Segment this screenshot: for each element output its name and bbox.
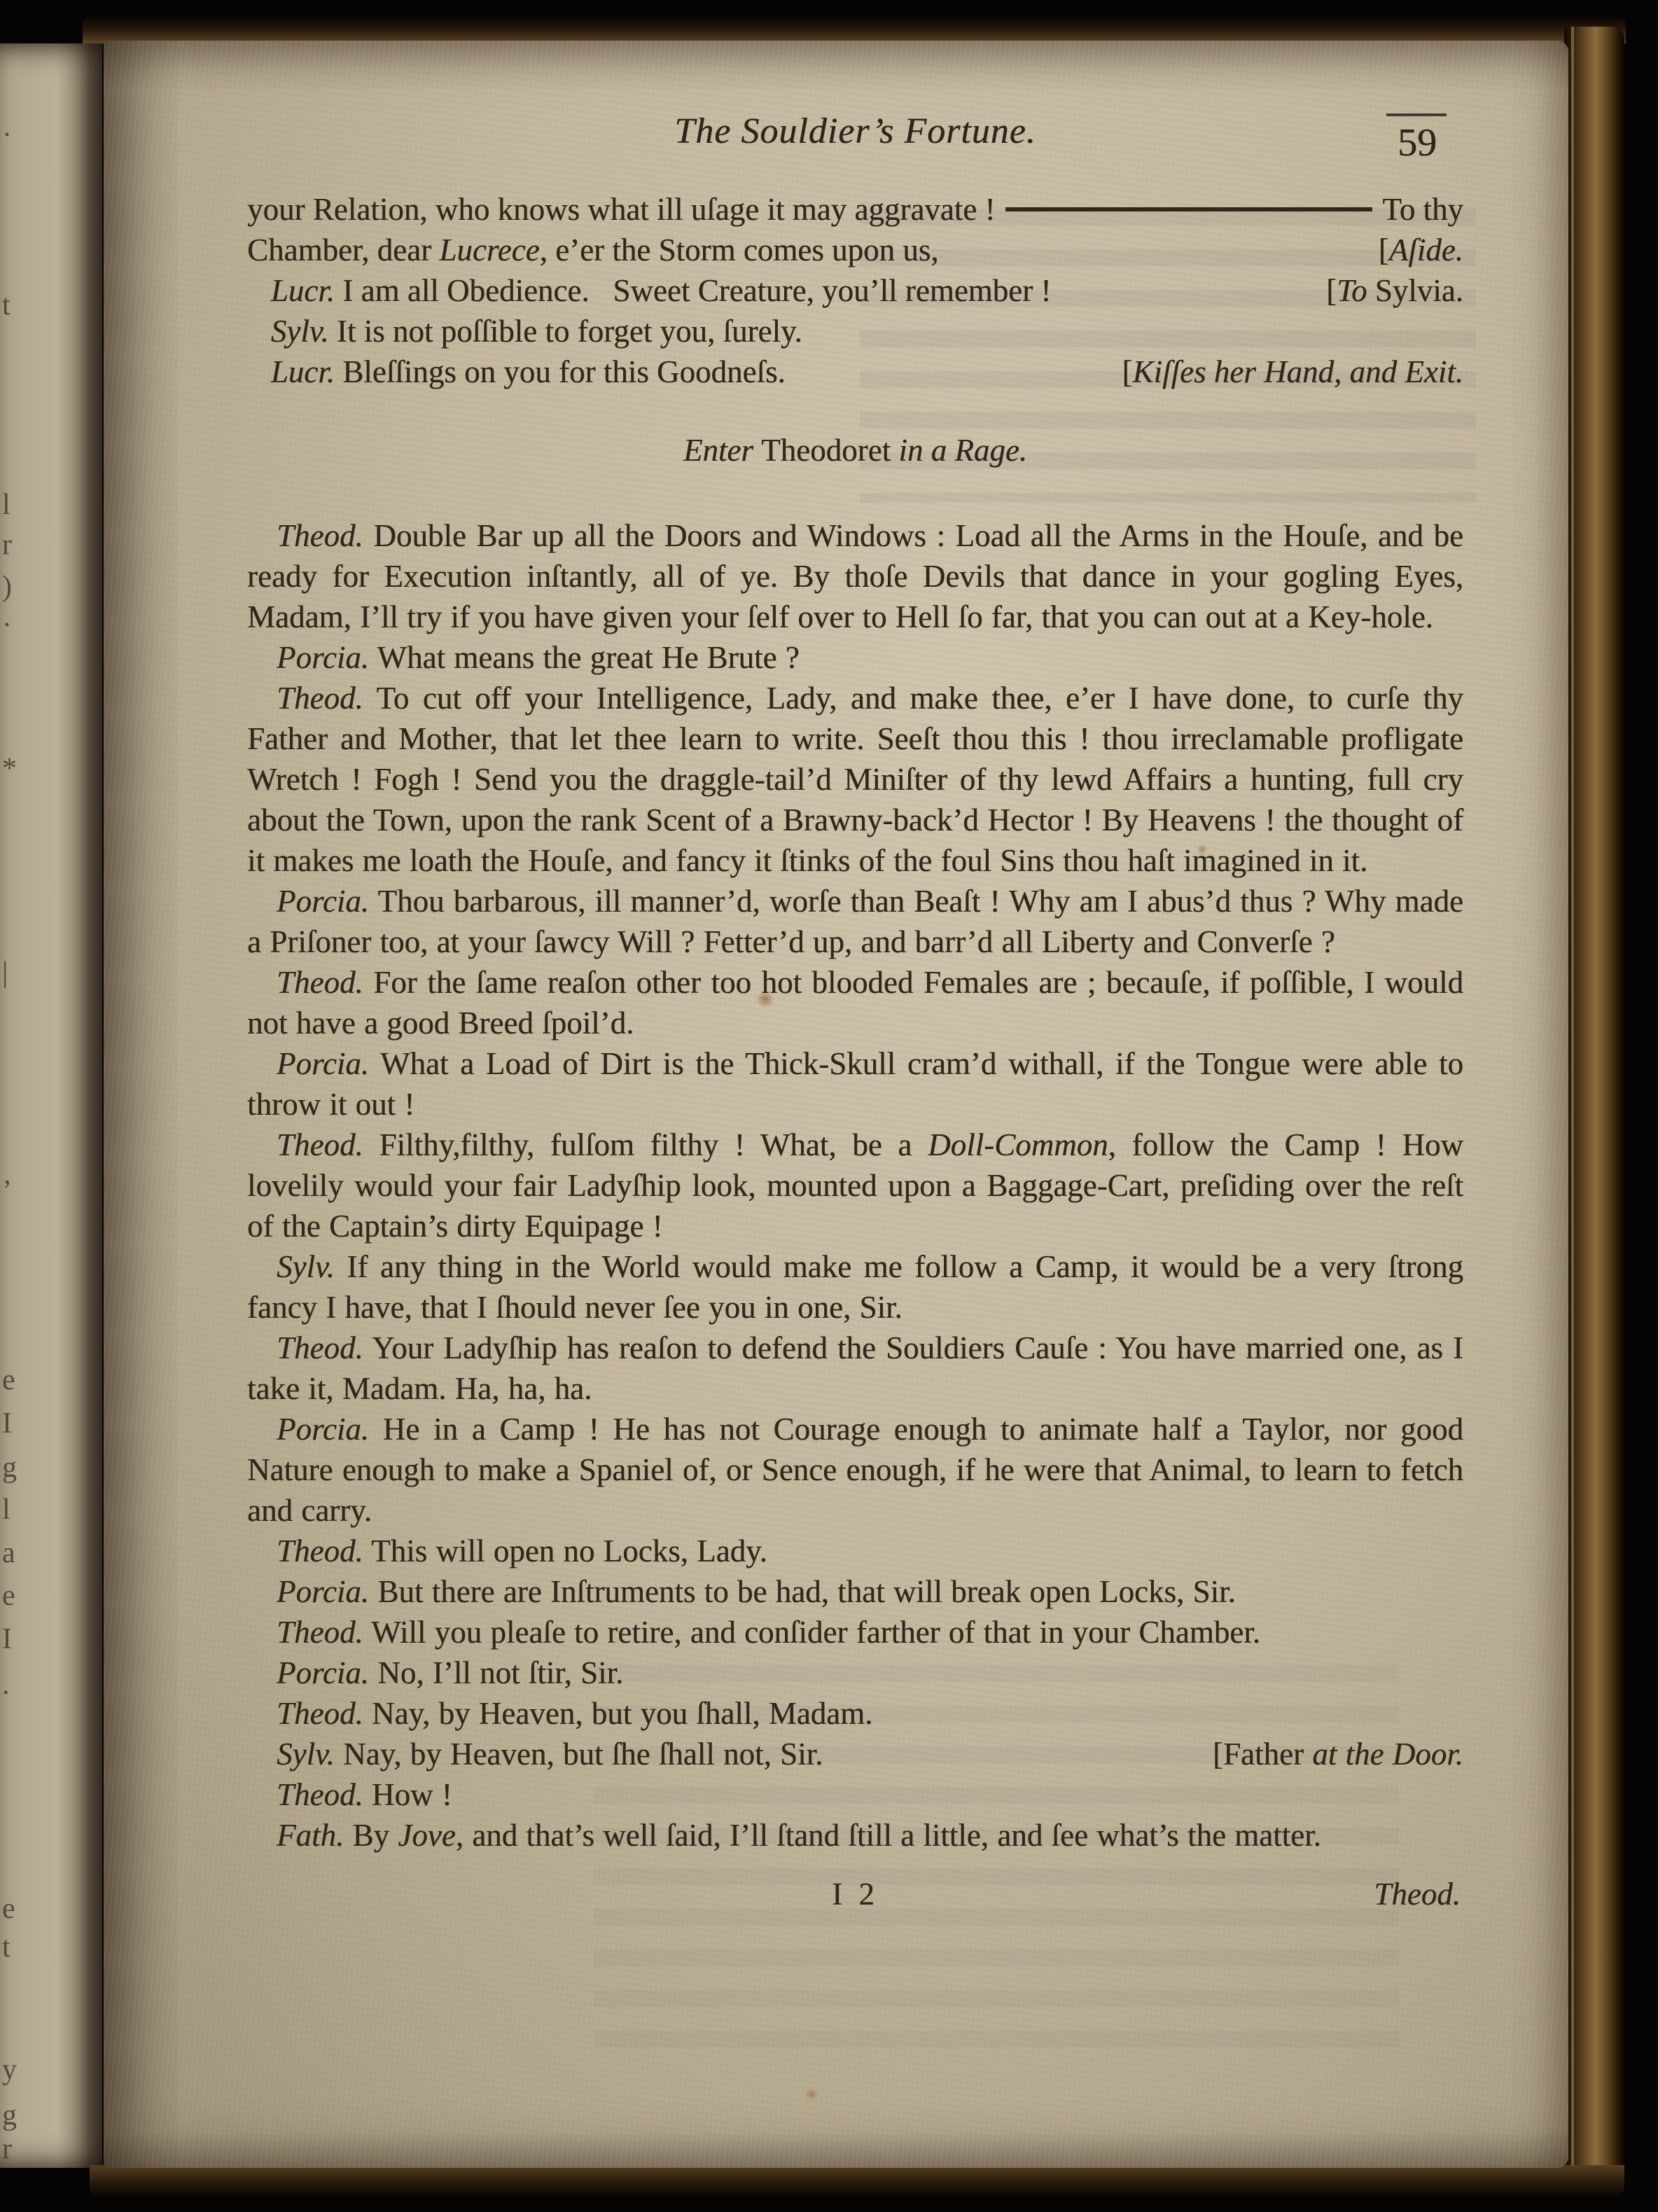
text-line: Chamber, dear Lucrece, e’er the Storm co… <box>247 230 1463 270</box>
paper-stain <box>804 2089 819 2100</box>
dialogue-paragraph: Sylv. Nay, by Heaven, but ſhe ſhall not,… <box>247 1734 1463 1774</box>
facing-page-text-fragment: r <box>2 530 12 559</box>
dialogue-paragraph: Theod. Your Ladyſhip has reaſon to defen… <box>247 1328 1463 1409</box>
facing-page-text-fragment: l <box>2 1495 11 1524</box>
speech-text: Sylv. If any thing in the World would ma… <box>247 1249 1463 1325</box>
page-header: The Souldier’s Fortune. 59 <box>247 111 1463 175</box>
dialogue-paragraph: Porcia. What means the great He Brute ? <box>247 637 1463 678</box>
facing-page-edge: · t l r ) · * | ’ e I g l a e I <box>0 43 102 2168</box>
facing-page-text-fragment: | <box>2 958 8 987</box>
speech-text: Fath. By Jove, and that’s well ſaid, I’l… <box>277 1818 1321 1853</box>
book-page: The Souldier’s Fortune. 59 your Relation… <box>104 41 1568 2168</box>
speech-text: Porcia. What a Load of Dirt is the Thick… <box>247 1046 1463 1122</box>
speech-text: Porcia. Thou barbarous, ill manner’d, wo… <box>247 884 1463 959</box>
facing-page-text-fragment: t <box>2 1933 11 1962</box>
speech-text: Theod. How ! <box>277 1777 452 1812</box>
stage-direction: [Father at the Door. <box>1213 1734 1463 1774</box>
dialogue-paragraph: Theod. Will you pleaſe to retire, and co… <box>247 1612 1463 1653</box>
dialogue-paragraph: Theod. For the ſame reaſon other too hot… <box>247 962 1463 1043</box>
facing-page-text-fragment: . <box>2 1670 10 1699</box>
dialogue-paragraph: Theod. Nay, by Heaven, but you ſhall, Ma… <box>247 1693 1463 1734</box>
speech-text: Porcia. He in a Camp ! He has not Courag… <box>247 1412 1463 1528</box>
text-line: Lucr. Bleſſings on you for this Goodneſs… <box>247 352 1463 392</box>
stage-direction: To thy <box>1382 189 1463 230</box>
dialogue-paragraph: Theod. Filthy,filthy, fulſom filthy ! Wh… <box>247 1125 1463 1246</box>
dialogue-paragraph: Sylv. If any thing in the World would ma… <box>247 1246 1463 1328</box>
facing-page-text-fragment: r <box>2 2134 12 2164</box>
dialogue-paragraph: Theod. Double Bar up all the Doors and W… <box>247 515 1463 637</box>
line-text: your Relation, who knows what ill uſage … <box>247 189 996 230</box>
speech-text: Theod. Your Ladyſhip has reaſon to defen… <box>247 1330 1463 1406</box>
facing-page-text-fragment: · <box>2 611 12 640</box>
facing-page-text-fragment: ’ <box>2 1176 12 1206</box>
speech-text: Sylv. Nay, by Heaven, but ſhe ſhall not,… <box>277 1737 823 1772</box>
speech-text: Theod. Will you pleaſe to retire, and co… <box>277 1615 1260 1650</box>
signature-mark: I 2 <box>832 1874 879 1914</box>
book-cover-bottom-edge <box>90 2165 1624 2196</box>
speech-text: Theod. To cut off your Intelligence, Lad… <box>247 681 1463 878</box>
facing-page-text-fragment: · <box>2 120 12 150</box>
facing-page-text-fragment: g <box>2 1453 17 1482</box>
speech-text: Theod. For the ſame reaſon other too hot… <box>247 965 1463 1041</box>
dialogue-paragraph: Theod. To cut off your Intelligence, Lad… <box>247 678 1463 881</box>
entrance-stage-direction: Enter Theodoret in a Rage. <box>247 430 1463 471</box>
dialogue-paragraph: Porcia. Thou barbarous, ill manner’d, wo… <box>247 881 1463 962</box>
scan-background: · t l r ) · * | ’ e I g l a e I <box>0 0 1658 2212</box>
stage-direction: [To Sylvia. <box>1326 270 1463 311</box>
book-cover-top-edge <box>83 17 1626 43</box>
speech-text: Theod. This will open no Locks, Lady. <box>277 1533 767 1568</box>
facing-page-text-fragment: g <box>2 2101 17 2130</box>
text-line: your Relation, who knows what ill uſage … <box>247 189 1463 230</box>
speech-text: Theod. Nay, by Heaven, but you ſhall, Ma… <box>277 1696 872 1731</box>
facing-page-text-fragment: I <box>2 1625 12 1654</box>
line-text: Lucr. I am all Obedience. Sweet Creature… <box>247 270 1051 311</box>
speech-text: Porcia. But there are Inſtruments to be … <box>277 1574 1236 1609</box>
book-cover-fore-edge <box>1564 27 1624 2180</box>
facing-page-text-fragment: * <box>2 754 17 784</box>
speech-text: Theod. Filthy,filthy, fulſom filthy ! Wh… <box>247 1127 1463 1244</box>
line-text: Sylv. It is not poſſible to forget you, … <box>247 311 802 352</box>
text-line: Sylv. It is not poſſible to forget you, … <box>247 311 1463 352</box>
dialogue-paragraph: Porcia. He in a Camp ! He has not Courag… <box>247 1409 1463 1531</box>
dialogue-paragraph: Porcia. No, I’ll not ſtir, Sir. <box>247 1653 1463 1693</box>
line-text: Lucr. Bleſſings on you for this Goodneſs… <box>247 352 786 392</box>
dialogue-paragraph: Porcia. But there are Inſtruments to be … <box>247 1571 1463 1612</box>
facing-page-text-fragment: t <box>2 291 11 320</box>
printed-rule <box>1005 207 1373 211</box>
text-line: Lucr. I am all Obedience. Sweet Creature… <box>247 270 1463 311</box>
dialogue-paragraph: Fath. By Jove, and that’s well ſaid, I’l… <box>247 1815 1463 1856</box>
speech-text: Porcia. No, I’ll not ſtir, Sir. <box>277 1655 623 1690</box>
facing-page-text-fragment: e <box>2 1894 15 1924</box>
text-block: your Relation, who knows what ill uſage … <box>247 189 1463 1917</box>
page-number: 59 <box>1398 120 1437 165</box>
stage-direction: [Aſide. <box>1379 230 1463 270</box>
facing-page-text-fragment: a <box>2 1538 15 1568</box>
facing-page-text-fragment: e <box>2 1581 15 1611</box>
facing-page-text-fragment: e <box>2 1365 15 1395</box>
dialogue-paragraph: Theod. This will open no Locks, Lady. <box>247 1531 1463 1571</box>
facing-page-text-fragment: I <box>2 1409 12 1438</box>
facing-page-text-fragment: l <box>2 490 11 520</box>
line-text: Chamber, dear Lucrece, e’er the Storm co… <box>247 230 939 270</box>
stage-direction: [Kiſſes her Hand, and Exit. <box>1122 352 1463 392</box>
facing-page-text-fragment: ) <box>2 572 12 601</box>
catchword: Theod. <box>1374 1874 1461 1914</box>
dialogue-paragraph: Porcia. What a Load of Dirt is the Thick… <box>247 1043 1463 1125</box>
running-title: The Souldier’s Fortune. <box>247 111 1463 152</box>
speech-text: Theod. Double Bar up all the Doors and W… <box>247 518 1463 634</box>
speech-text: Porcia. What means the great He Brute ? <box>277 640 800 675</box>
page-footer: I 2 Theod. <box>247 1874 1463 1917</box>
facing-page-text-fragment: y <box>2 2055 17 2085</box>
dialogue-paragraph: Theod. How ! <box>247 1774 1463 1815</box>
